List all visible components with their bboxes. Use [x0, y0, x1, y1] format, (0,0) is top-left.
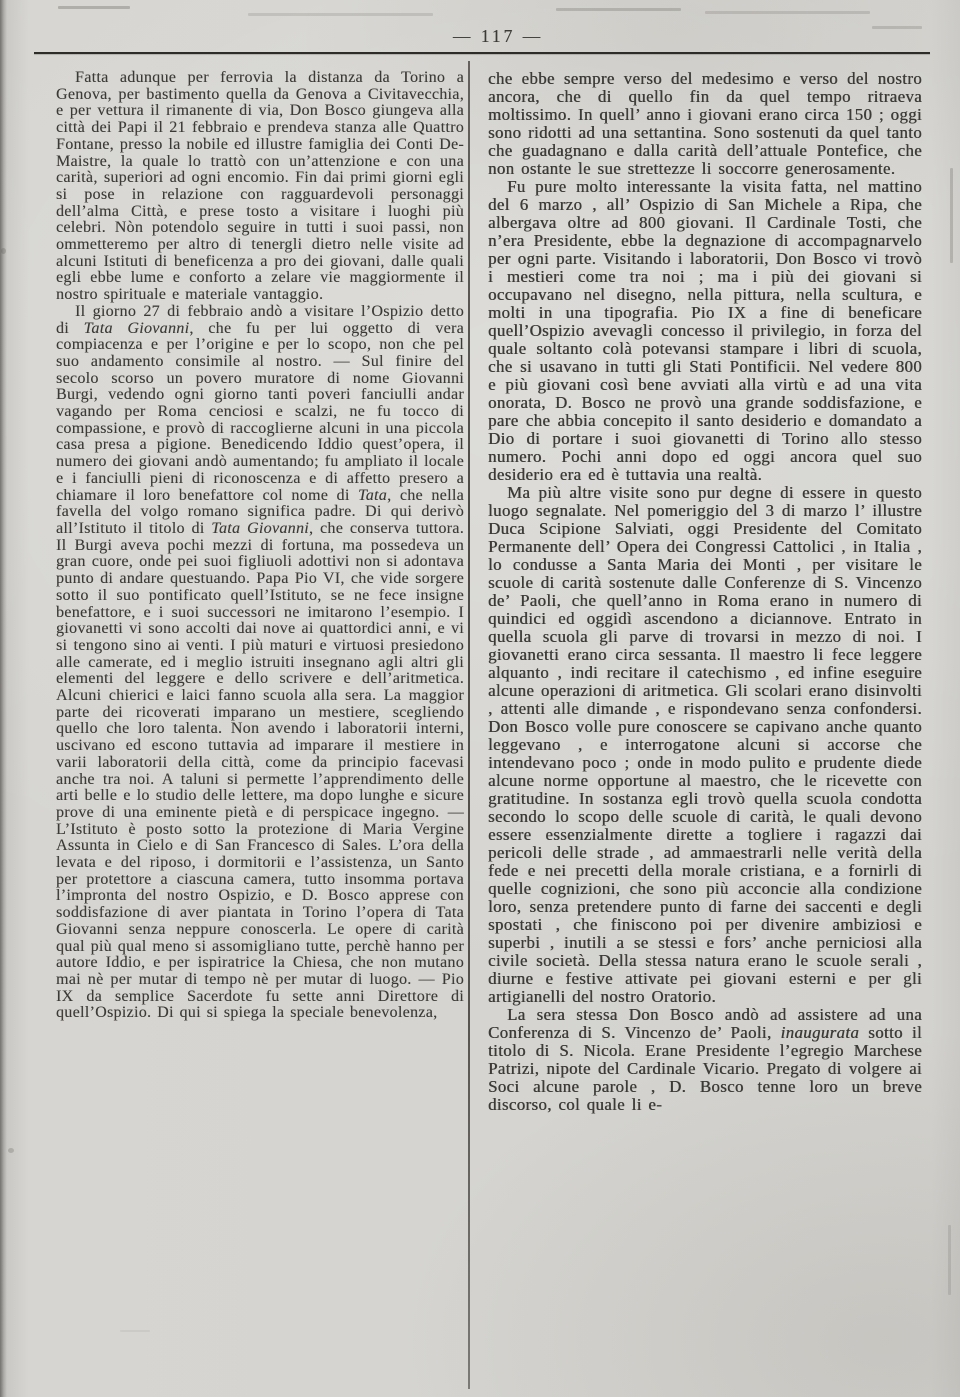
italic-text-run: Tata	[358, 487, 387, 504]
paragraph: Fu pure molto interessante la visita fat…	[488, 178, 922, 484]
text-run: Fatta adunque per ferrovia la distanza d…	[56, 70, 464, 303]
text-run: , che fu per lui oggetto di vera compiac…	[56, 320, 464, 504]
left-column: Fatta adunque per ferrovia la distanza d…	[56, 70, 464, 1322]
page-number: — 117 —	[18, 26, 960, 47]
scan-artifact	[8, 1148, 14, 1153]
scan-artifact	[948, 1225, 951, 1295]
paragraph: Fatta adunque per ferrovia la distanza d…	[56, 70, 464, 304]
scan-artifact	[58, 6, 130, 9]
text-run: , che conserva tuttora. Il Burgi aveva p…	[56, 520, 464, 1021]
binding-shadow	[0, 0, 7, 1397]
scan-artifact	[950, 168, 953, 263]
paragraph: Ma più altre visite sono pur degne di es…	[488, 484, 922, 1006]
scan-artifact	[705, 11, 870, 14]
right-column: che ebbe sempre verso del medesimo e ver…	[488, 70, 922, 1392]
scan-artifact	[556, 8, 681, 11]
scan-artifact	[1, 248, 6, 254]
scan-artifact	[248, 13, 433, 16]
header-rule	[34, 52, 930, 54]
paragraph: Il giorno 27 di febbraio andò a visitare…	[56, 304, 464, 1022]
italic-text-run: inaugurata	[781, 1023, 860, 1042]
italic-text-run: Tata Giovanni	[211, 520, 309, 537]
text-run: Fu pure molto interessante la visita fat…	[488, 177, 922, 484]
column-divider	[468, 61, 470, 1389]
text-run: che ebbe sempre verso del medesimo e ver…	[488, 70, 922, 178]
paragraph: che ebbe sempre verso del medesimo e ver…	[488, 70, 922, 178]
scan-artifact	[120, 1330, 150, 1332]
paragraph: La sera stessa Don Bosco andò ad assiste…	[488, 1006, 922, 1114]
text-run: Ma più altre visite sono pur degne di es…	[488, 483, 922, 1006]
italic-text-run: Tata Giovanni	[84, 320, 190, 337]
scanned-book-page: — 117 — Fatta adunque per ferrovia la di…	[0, 0, 960, 1397]
